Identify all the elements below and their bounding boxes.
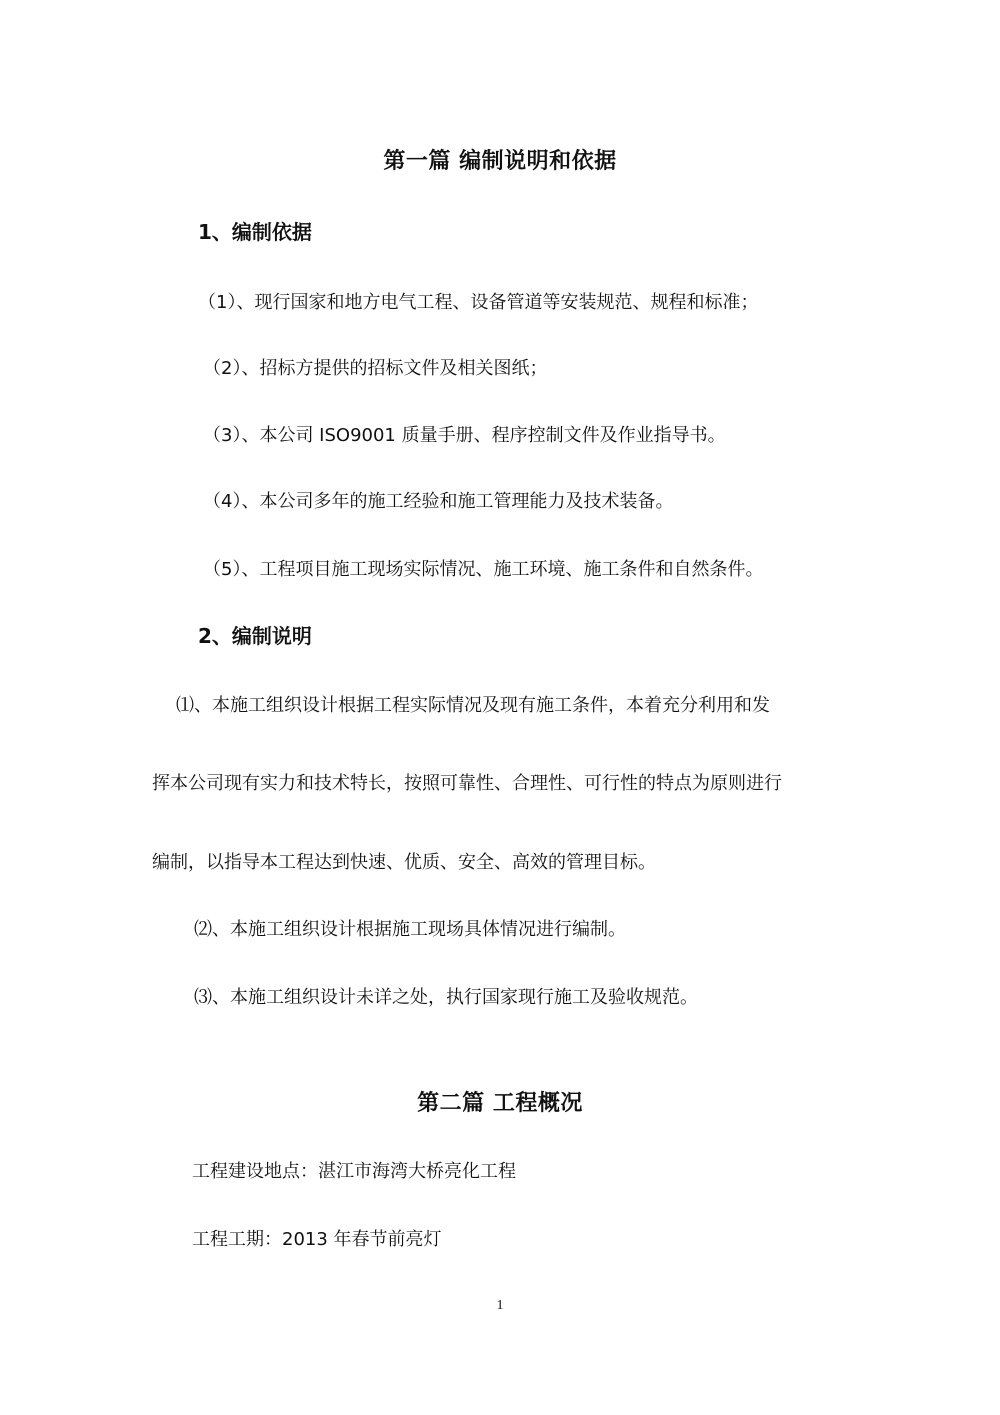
explanation-para1-line1: ⑴、本施工组织设计根据工程实际情况及现有施工条件，本着充分利用和发	[176, 691, 770, 717]
part1-title: 第一篇 编制说明和依据	[0, 144, 1000, 175]
basis-item-2: （2）、招标方提供的招标文件及相关图纸；	[203, 354, 547, 380]
project-location: 工程建设地点：湛江市海湾大桥亮化工程	[192, 1157, 516, 1183]
basis-item-5: （5）、工程项目施工现场实际情况、施工环境、施工条件和自然条件。	[203, 555, 763, 581]
page-number: 1	[0, 1298, 1000, 1314]
basis-item-3: （3）、本公司 ISO9001 质量手册、程序控制文件及作业指导书。	[203, 421, 726, 447]
explanation-item-2: ⑵、本施工组织设计根据施工现场具体情况进行编制。	[194, 915, 626, 941]
section2-heading: 2、编制说明	[198, 620, 312, 649]
explanation-para1-line3: 编制，以指导本工程达到快速、优质、安全、高效的管理目标。	[152, 848, 656, 874]
basis-item-4: （4）、本公司多年的施工经验和施工管理能力及技术装备。	[203, 487, 673, 513]
basis-item-1: （1）、现行国家和地方电气工程、设备管道等安装规范、规程和标准；	[198, 288, 758, 314]
part2-title: 第二篇 工程概况	[0, 1086, 1000, 1117]
explanation-para1-line2: 挥本公司现有实力和技术特长，按照可靠性、合理性、可行性的特点为原则进行	[152, 769, 782, 795]
section1-heading: 1、编制依据	[198, 216, 312, 245]
explanation-item-3: ⑶、本施工组织设计未详之处，执行国家现行施工及验收规范。	[194, 983, 698, 1009]
project-duration: 工程工期：2013 年春节前亮灯	[192, 1225, 442, 1251]
